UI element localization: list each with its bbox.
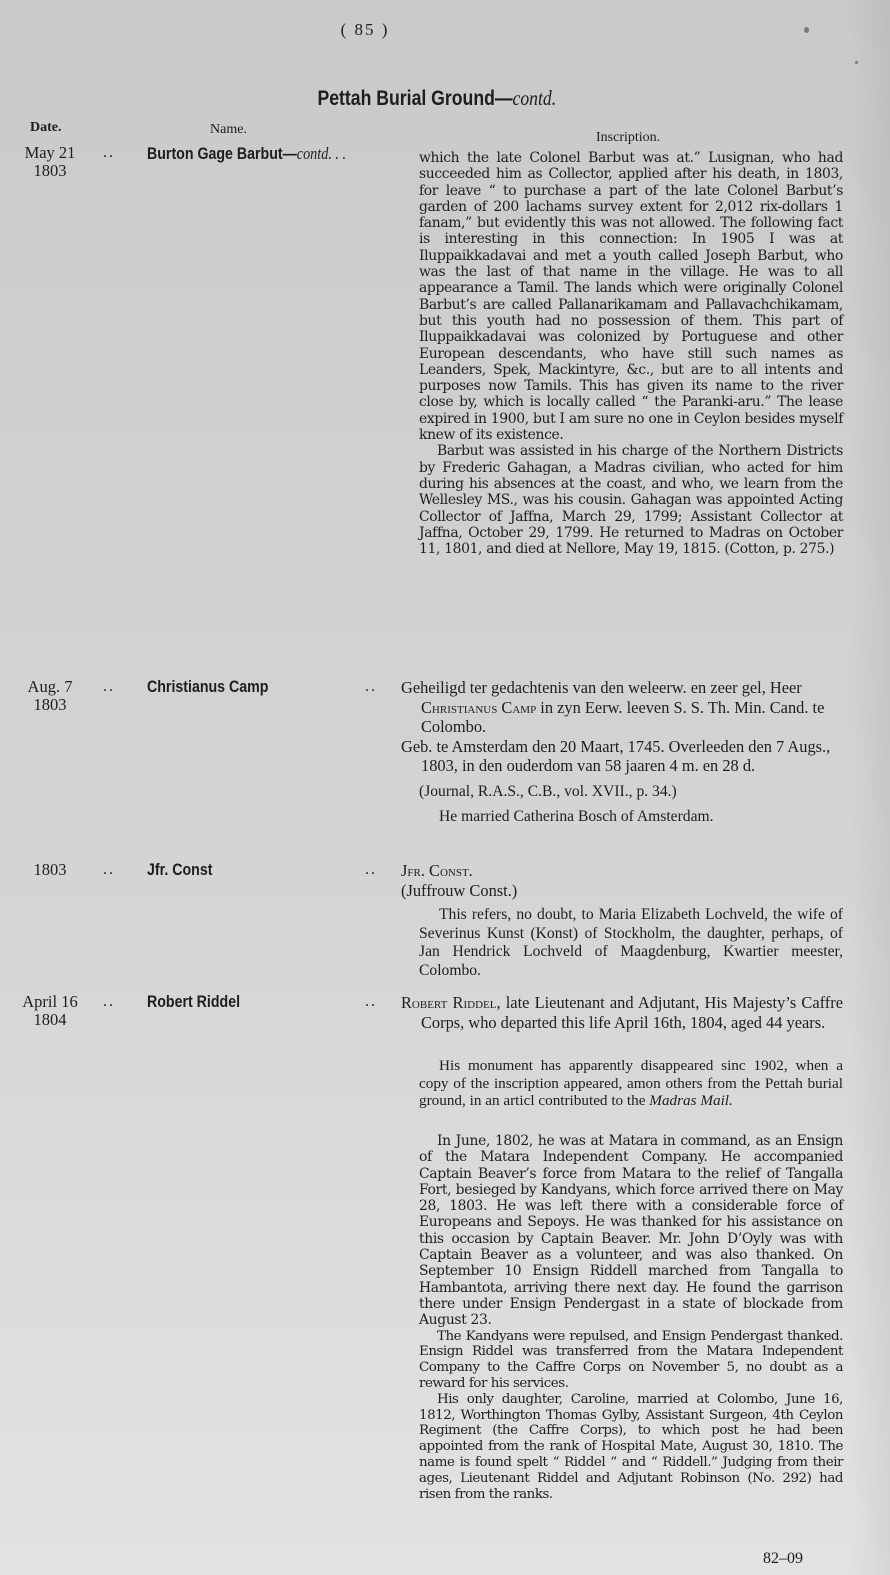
page-title: Pettah Burial Ground—contd. (0, 86, 874, 111)
entry-inscription: Jfr. Const. (Juffrouw Const.) (401, 861, 843, 900)
leader-dots: .. (365, 678, 377, 696)
inscription-line: (Juffrouw Const.) (401, 881, 843, 901)
commentary-paragraph: His only daughter, Caroline, married at … (419, 1392, 843, 1503)
name-suffix: contd. . . (297, 144, 346, 163)
date-year: 1803 (10, 696, 90, 714)
note-text: His monument has apparently disappeared … (419, 1057, 843, 1109)
ink-speck (855, 61, 858, 64)
inscription-paragraph: Barbut was assisted in his charge of the… (419, 443, 843, 557)
note: He married Catherina Bosch of Amsterdam. (401, 807, 843, 827)
entry-inscription: Robert Riddel, late Lieutenant and Adjut… (401, 993, 843, 1032)
inscription-paragraph: which the late Colonel Barbut was at.” L… (419, 150, 843, 443)
reference: (Journal, R.A.S., C.B., vol. XVII., p. 3… (401, 782, 843, 802)
scanned-page: ( 85 ) Pettah Burial Ground—contd. Date.… (0, 0, 890, 1575)
commentary-paragraph: The Kandyans were repulsed, and Ensign P… (419, 1329, 843, 1392)
leader-dots: .. (103, 993, 115, 1011)
date-year: 1804 (10, 1011, 90, 1029)
leader-dots: .. (365, 993, 377, 1011)
commentary-paragraph: In June, 1802, he was at Matara in comma… (419, 1133, 843, 1329)
entry-date: 1803 (10, 861, 90, 879)
title-main: Pettah Burial Ground— (317, 87, 512, 110)
date-day: May 21 (10, 144, 90, 162)
column-header-name: Name. (210, 122, 247, 138)
date-year: 1803 (10, 162, 90, 180)
entry-name: Robert Riddel (147, 993, 240, 1012)
publication-title: Madras Mail. (649, 1092, 733, 1109)
page-number: ( 85 ) (0, 20, 730, 40)
inscription-line: Jfr. Const. (401, 861, 843, 881)
ink-speck (804, 27, 809, 33)
title-suffix: contd. (513, 86, 557, 110)
inscription-line: Geheiligd ter gedachtenis van den weleer… (401, 678, 843, 737)
leader-dots: .. (103, 144, 115, 162)
column-header-inscription: Inscription. (596, 130, 660, 146)
entry-date: May 21 1803 (10, 144, 90, 180)
entry-note: His monument has apparently disappeared … (419, 1057, 843, 1110)
entry-inscription: which the late Colonel Barbut was at.” L… (419, 150, 843, 557)
entry-name: Christianus Camp (147, 678, 268, 697)
page-edge-shadow (850, 0, 890, 1575)
entry-note: This refers, no doubt, to Maria Elizabet… (419, 906, 843, 980)
inscription-name: Robert Riddel (401, 993, 496, 1012)
inscription-text: Geheiligd ter gedachtenis van den weleer… (401, 678, 802, 697)
entry-date: April 16 1804 (10, 993, 90, 1029)
note-paragraph: This refers, no doubt, to Maria Elizabet… (419, 906, 843, 980)
inscription-line: Robert Riddel, late Lieutenant and Adjut… (401, 993, 843, 1032)
leader-dots: .. (103, 678, 115, 696)
inscription-name: Christianus Camp (421, 698, 536, 717)
leader-dots: .. (365, 861, 377, 879)
date-year: 1803 (10, 861, 90, 879)
leader-dots: .. (103, 861, 115, 879)
date-day: April 16 (10, 993, 90, 1011)
entry-name: Jfr. Const (147, 861, 212, 880)
name-text: Burton Gage Barbut— (147, 145, 297, 163)
printer-signature: 82–09 (763, 1550, 803, 1568)
date-day: Aug. 7 (10, 678, 90, 696)
entry-commentary: In June, 1802, he was at Matara in comma… (419, 1133, 843, 1502)
note-paragraph: His monument has apparently disappeared … (419, 1057, 843, 1110)
column-header-date: Date. (30, 120, 62, 136)
entry-inscription: Geheiligd ter gedachtenis van den weleer… (401, 678, 843, 827)
entry-name: Burton Gage Barbut—contd. . . (147, 144, 346, 164)
entry-date: Aug. 7 1803 (10, 678, 90, 714)
inscription-line: Geb. te Amsterdam den 20 Maart, 1745. Ov… (401, 737, 843, 776)
